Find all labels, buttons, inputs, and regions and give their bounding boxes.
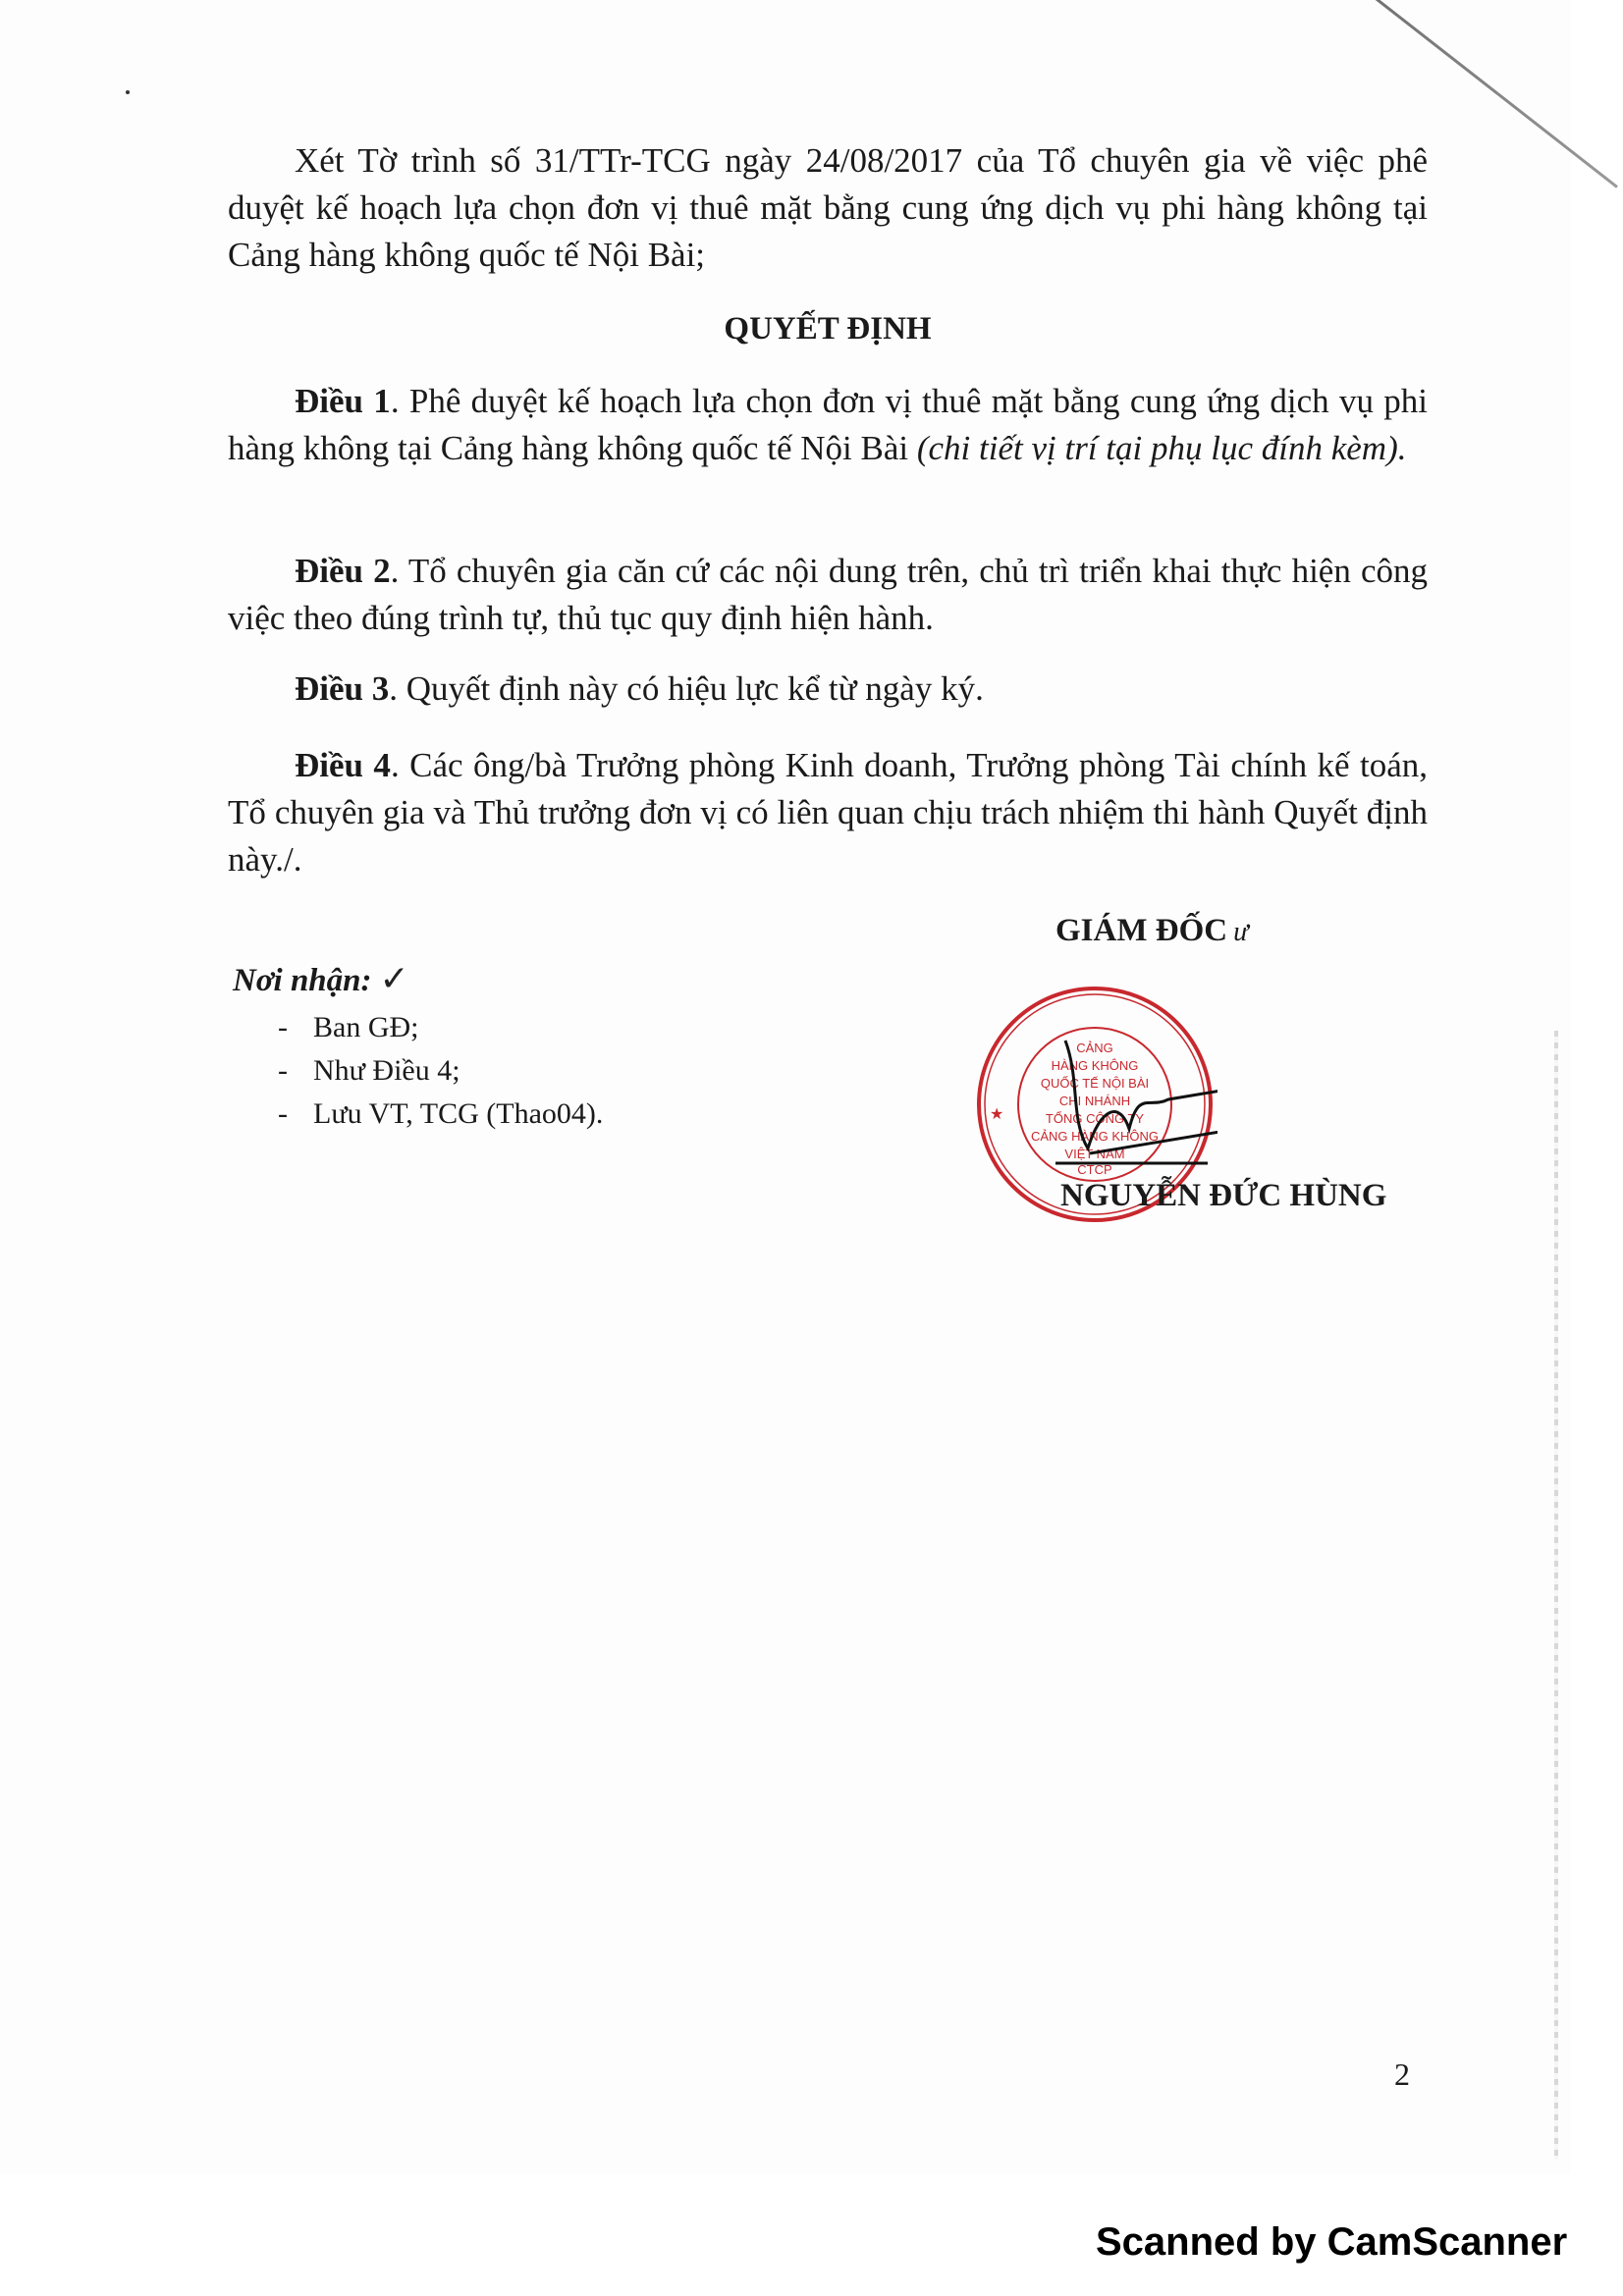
recipient-item: Lưu VT, TCG (Thao04). bbox=[278, 1093, 603, 1136]
intro-paragraph: Xét Tờ trình số 31/TTr-TCG ngày 24/08/20… bbox=[228, 137, 1428, 279]
svg-text:CẢNG: CẢNG bbox=[1076, 1041, 1113, 1055]
recipient-item: Ban GĐ; bbox=[278, 1006, 603, 1049]
article-text: . Tổ chuyên gia căn cứ các nội dung trên… bbox=[228, 552, 1428, 637]
signer-title: GIÁM ĐỐC bbox=[1055, 913, 1227, 948]
handwritten-initial-icon: ✓ bbox=[380, 957, 409, 1000]
scan-edge-artifact bbox=[1554, 1031, 1558, 2160]
article-label: Điều 4 bbox=[295, 746, 391, 784]
page-number: 2 bbox=[1394, 2056, 1410, 2093]
signer-position: GIÁM ĐỐCư bbox=[1055, 913, 1248, 949]
article-label: Điều 3 bbox=[295, 669, 389, 708]
article-3: Điều 3. Quyết định này có hiệu lực kể từ… bbox=[228, 666, 1428, 713]
svg-text:★: ★ bbox=[990, 1106, 1003, 1123]
handwritten-initial-icon: ư bbox=[1233, 917, 1248, 947]
recipients-block: Nơi nhận:✓ Ban GĐ; Như Điều 4; Lưu VT, T… bbox=[233, 957, 603, 1136]
decision-title: QUYẾT ĐỊNH bbox=[228, 311, 1428, 347]
svg-text:CHI NHÁNH: CHI NHÁNH bbox=[1059, 1094, 1130, 1108]
document-page: Xét Tờ trình số 31/TTr-TCG ngày 24/08/20… bbox=[0, 0, 1571, 2174]
recipients-list: Ban GĐ; Như Điều 4; Lưu VT, TCG (Thao04)… bbox=[233, 1006, 603, 1136]
recipient-item: Như Điều 4; bbox=[278, 1049, 603, 1093]
recipients-heading: Nơi nhận: bbox=[233, 963, 372, 998]
article-4: Điều 4. Các ông/bà Trưởng phòng Kinh doa… bbox=[228, 742, 1428, 883]
svg-text:HÀNG KHÔNG: HÀNG KHÔNG bbox=[1052, 1058, 1139, 1073]
svg-text:QUỐC TẾ NỘI BÀI: QUỐC TẾ NỘI BÀI bbox=[1041, 1076, 1149, 1091]
article-label: Điều 2 bbox=[295, 552, 391, 590]
article-2: Điều 2. Tổ chuyên gia căn cứ các nội dun… bbox=[228, 548, 1428, 642]
signer-name: NGUYỄN ĐỨC HÙNG bbox=[1060, 1178, 1386, 1214]
article-1: Điều 1. Phê duyệt kế hoạch lựa chọn đơn … bbox=[228, 378, 1428, 472]
article-label: Điều 1 bbox=[295, 382, 391, 420]
article-text: . Các ông/bà Trưởng phòng Kinh doanh, Tr… bbox=[228, 746, 1428, 879]
article-text: . Quyết định này có hiệu lực kể từ ngày … bbox=[389, 669, 984, 708]
camscanner-watermark: Scanned by CamScanner bbox=[1096, 2220, 1567, 2265]
article-note: (chi tiết vị trí tại phụ lục đính kèm). bbox=[917, 429, 1407, 467]
scan-speck bbox=[126, 90, 130, 94]
